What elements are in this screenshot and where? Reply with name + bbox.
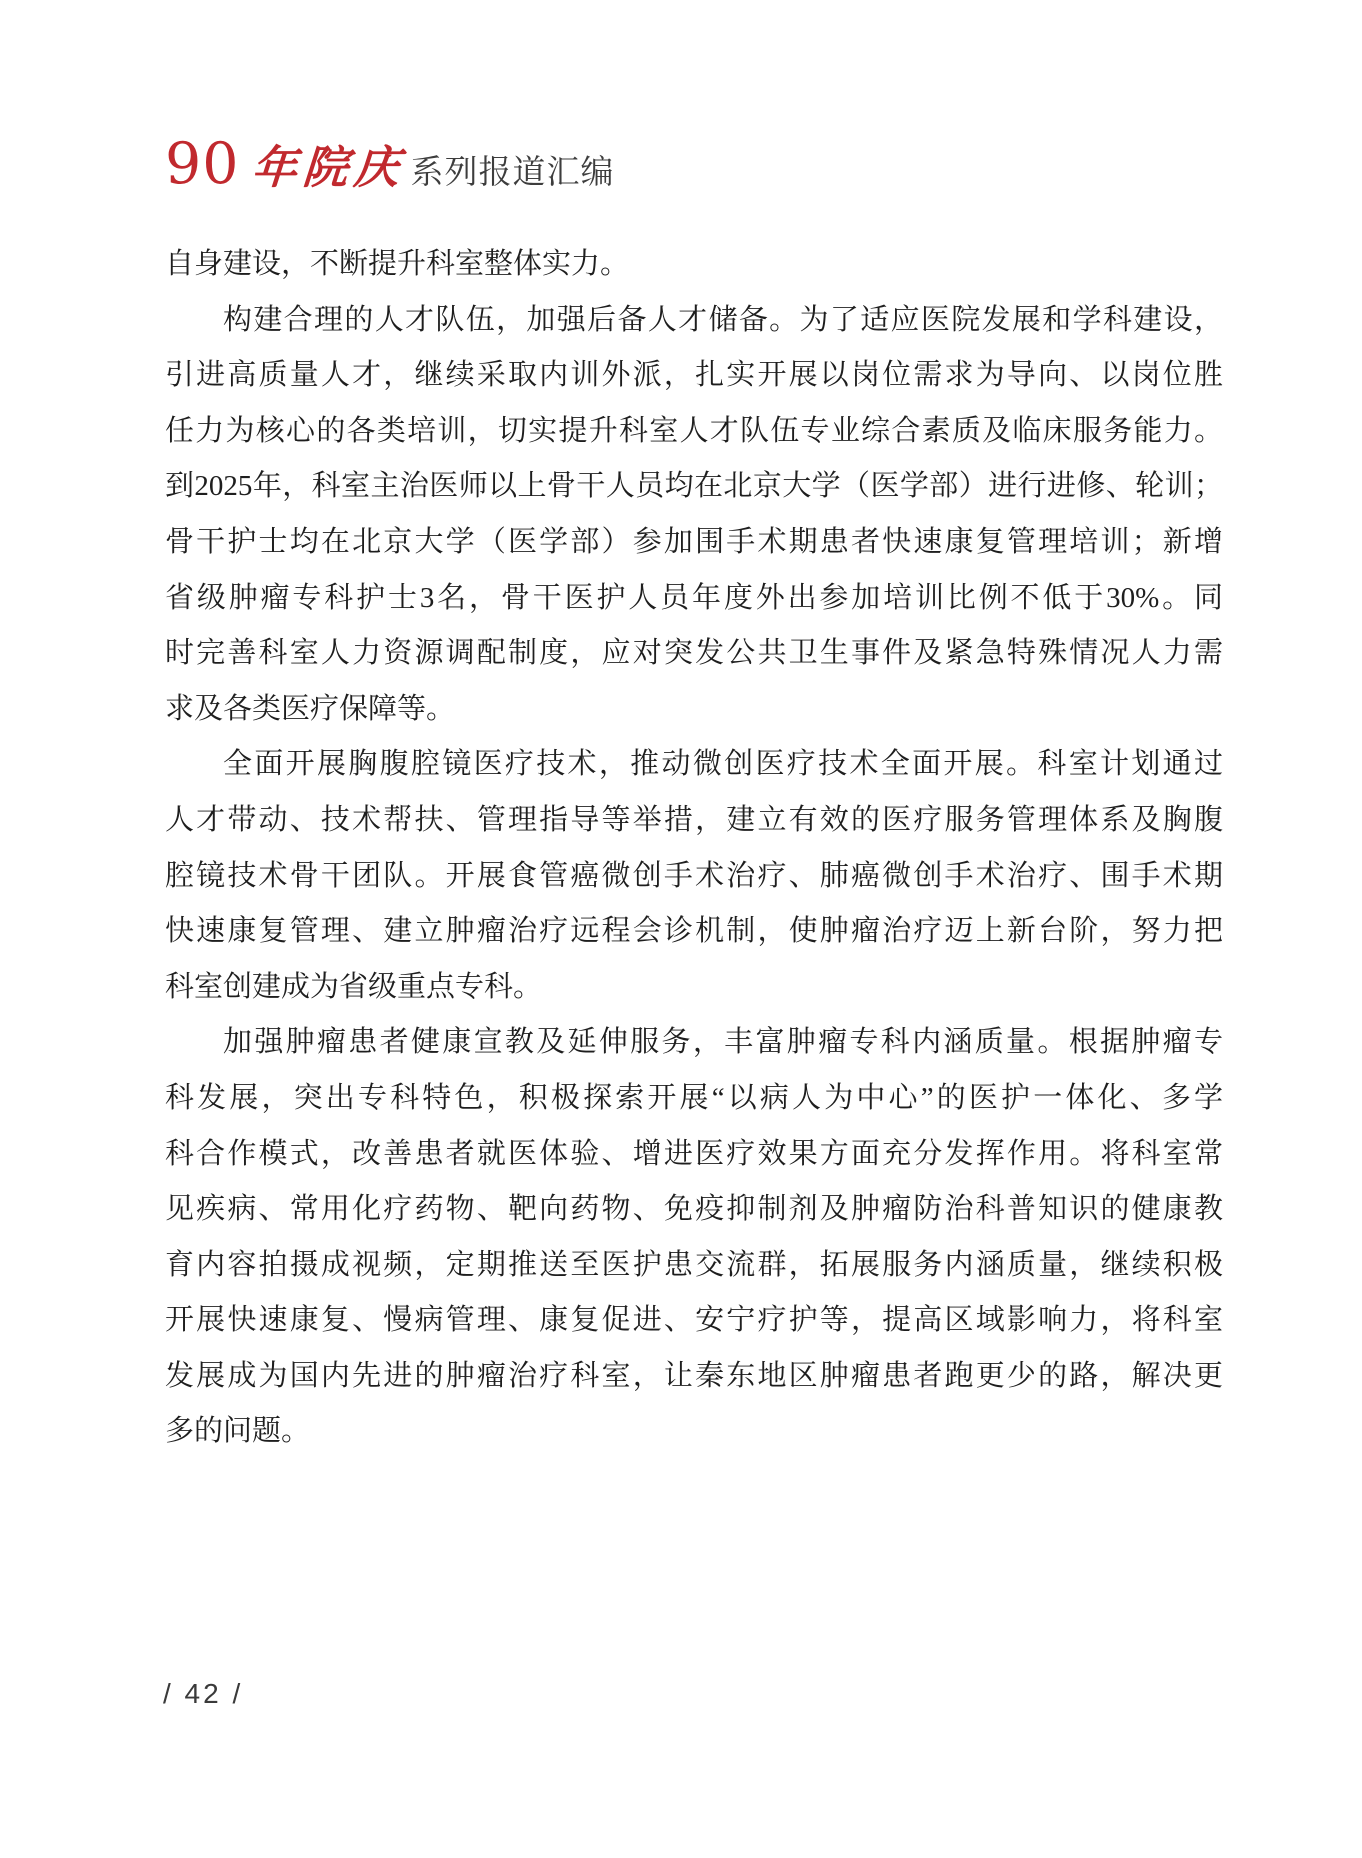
text-line: 任力为核心的各类培训，切实提升科室人才队伍专业综合素质及临床服务能力。 [165, 404, 1223, 460]
text-line: 多的问题。 [165, 1404, 1223, 1460]
text-line: 科合作模式，改善患者就医体验、增进医疗效果方面充分发挥作用。将科室常 [165, 1127, 1223, 1183]
text-line: 人才带动、技术帮扶、管理指导等举措，建立有效的医疗服务管理体系及胸腹 [165, 793, 1223, 849]
text-line: 构建合理的人才队伍，加强后备人才储备。为了适应医院发展和学科建设， [165, 293, 1223, 349]
document-page: 90 年院庆 系列报道汇编 自身建设，不断提升科室整体实力。 构建合理的人才队伍… [0, 0, 1362, 1858]
text-line: 开展快速康复、慢病管理、康复促进、安宁疗护等，提高区域影响力，将科室 [165, 1293, 1223, 1349]
text-line: 快速康复管理、建立肿瘤治疗远程会诊机制，使肿瘤治疗迈上新台阶，努力把 [165, 904, 1223, 960]
text-line: 发展成为国内先进的肿瘤治疗科室，让秦东地区肿瘤患者跑更少的路，解决更 [165, 1349, 1223, 1405]
page-number: / 42 / [163, 1678, 243, 1710]
text-line: 全面开展胸腹腔镜医疗技术，推动微创医疗技术全面开展。科室计划通过 [165, 737, 1223, 793]
text-line: 到2025年，科室主治医师以上骨干人员均在北京大学（医学部）进行进修、轮训； [165, 459, 1223, 515]
text-line: 科室创建成为省级重点专科。 [165, 960, 1223, 1016]
text-line: 加强肿瘤患者健康宣教及延伸服务，丰富肿瘤专科内涵质量。根据肿瘤专 [165, 1015, 1223, 1071]
text-line: 骨干护士均在北京大学（医学部）参加围手术期患者快速康复管理培训；新增 [165, 515, 1223, 571]
page-header: 90 年院庆 系列报道汇编 [165, 136, 615, 193]
body-text-column: 自身建设，不断提升科室整体实力。 构建合理的人才队伍，加强后备人才储备。为了适应… [165, 237, 1223, 1460]
text-line: 见疾病、常用化疗药物、靶向药物、免疫抑制剂及肿瘤防治科普知识的健康教 [165, 1182, 1223, 1238]
header-anniversary-number: 90 [165, 136, 240, 193]
text-line: 科发展，突出专科特色，积极探索开展“以病人为中心”的医护一体化、多学 [165, 1071, 1223, 1127]
text-line: 自身建设，不断提升科室整体实力。 [165, 237, 1223, 293]
text-line: 育内容拍摄成视频，定期推送至医护患交流群，拓展服务内涵质量，继续积极 [165, 1238, 1223, 1294]
text-line: 引进高质量人才，继续采取内训外派，扎实开展以岗位需求为导向、以岗位胜 [165, 348, 1223, 404]
text-line: 腔镜技术骨干团队。开展食管癌微创手术治疗、肺癌微创手术治疗、围手术期 [165, 849, 1223, 905]
text-line: 时完善科室人力资源调配制度，应对突发公共卫生事件及紧急特殊情况人力需 [165, 626, 1223, 682]
header-anniversary-brush-text: 年院庆 [250, 145, 406, 190]
header-subtitle: 系列报道汇编 [411, 155, 615, 188]
text-line: 省级肿瘤专科护士3名，骨干医护人员年度外出参加培训比例不低于30%。同 [165, 571, 1223, 627]
text-line: 求及各类医疗保障等。 [165, 682, 1223, 738]
